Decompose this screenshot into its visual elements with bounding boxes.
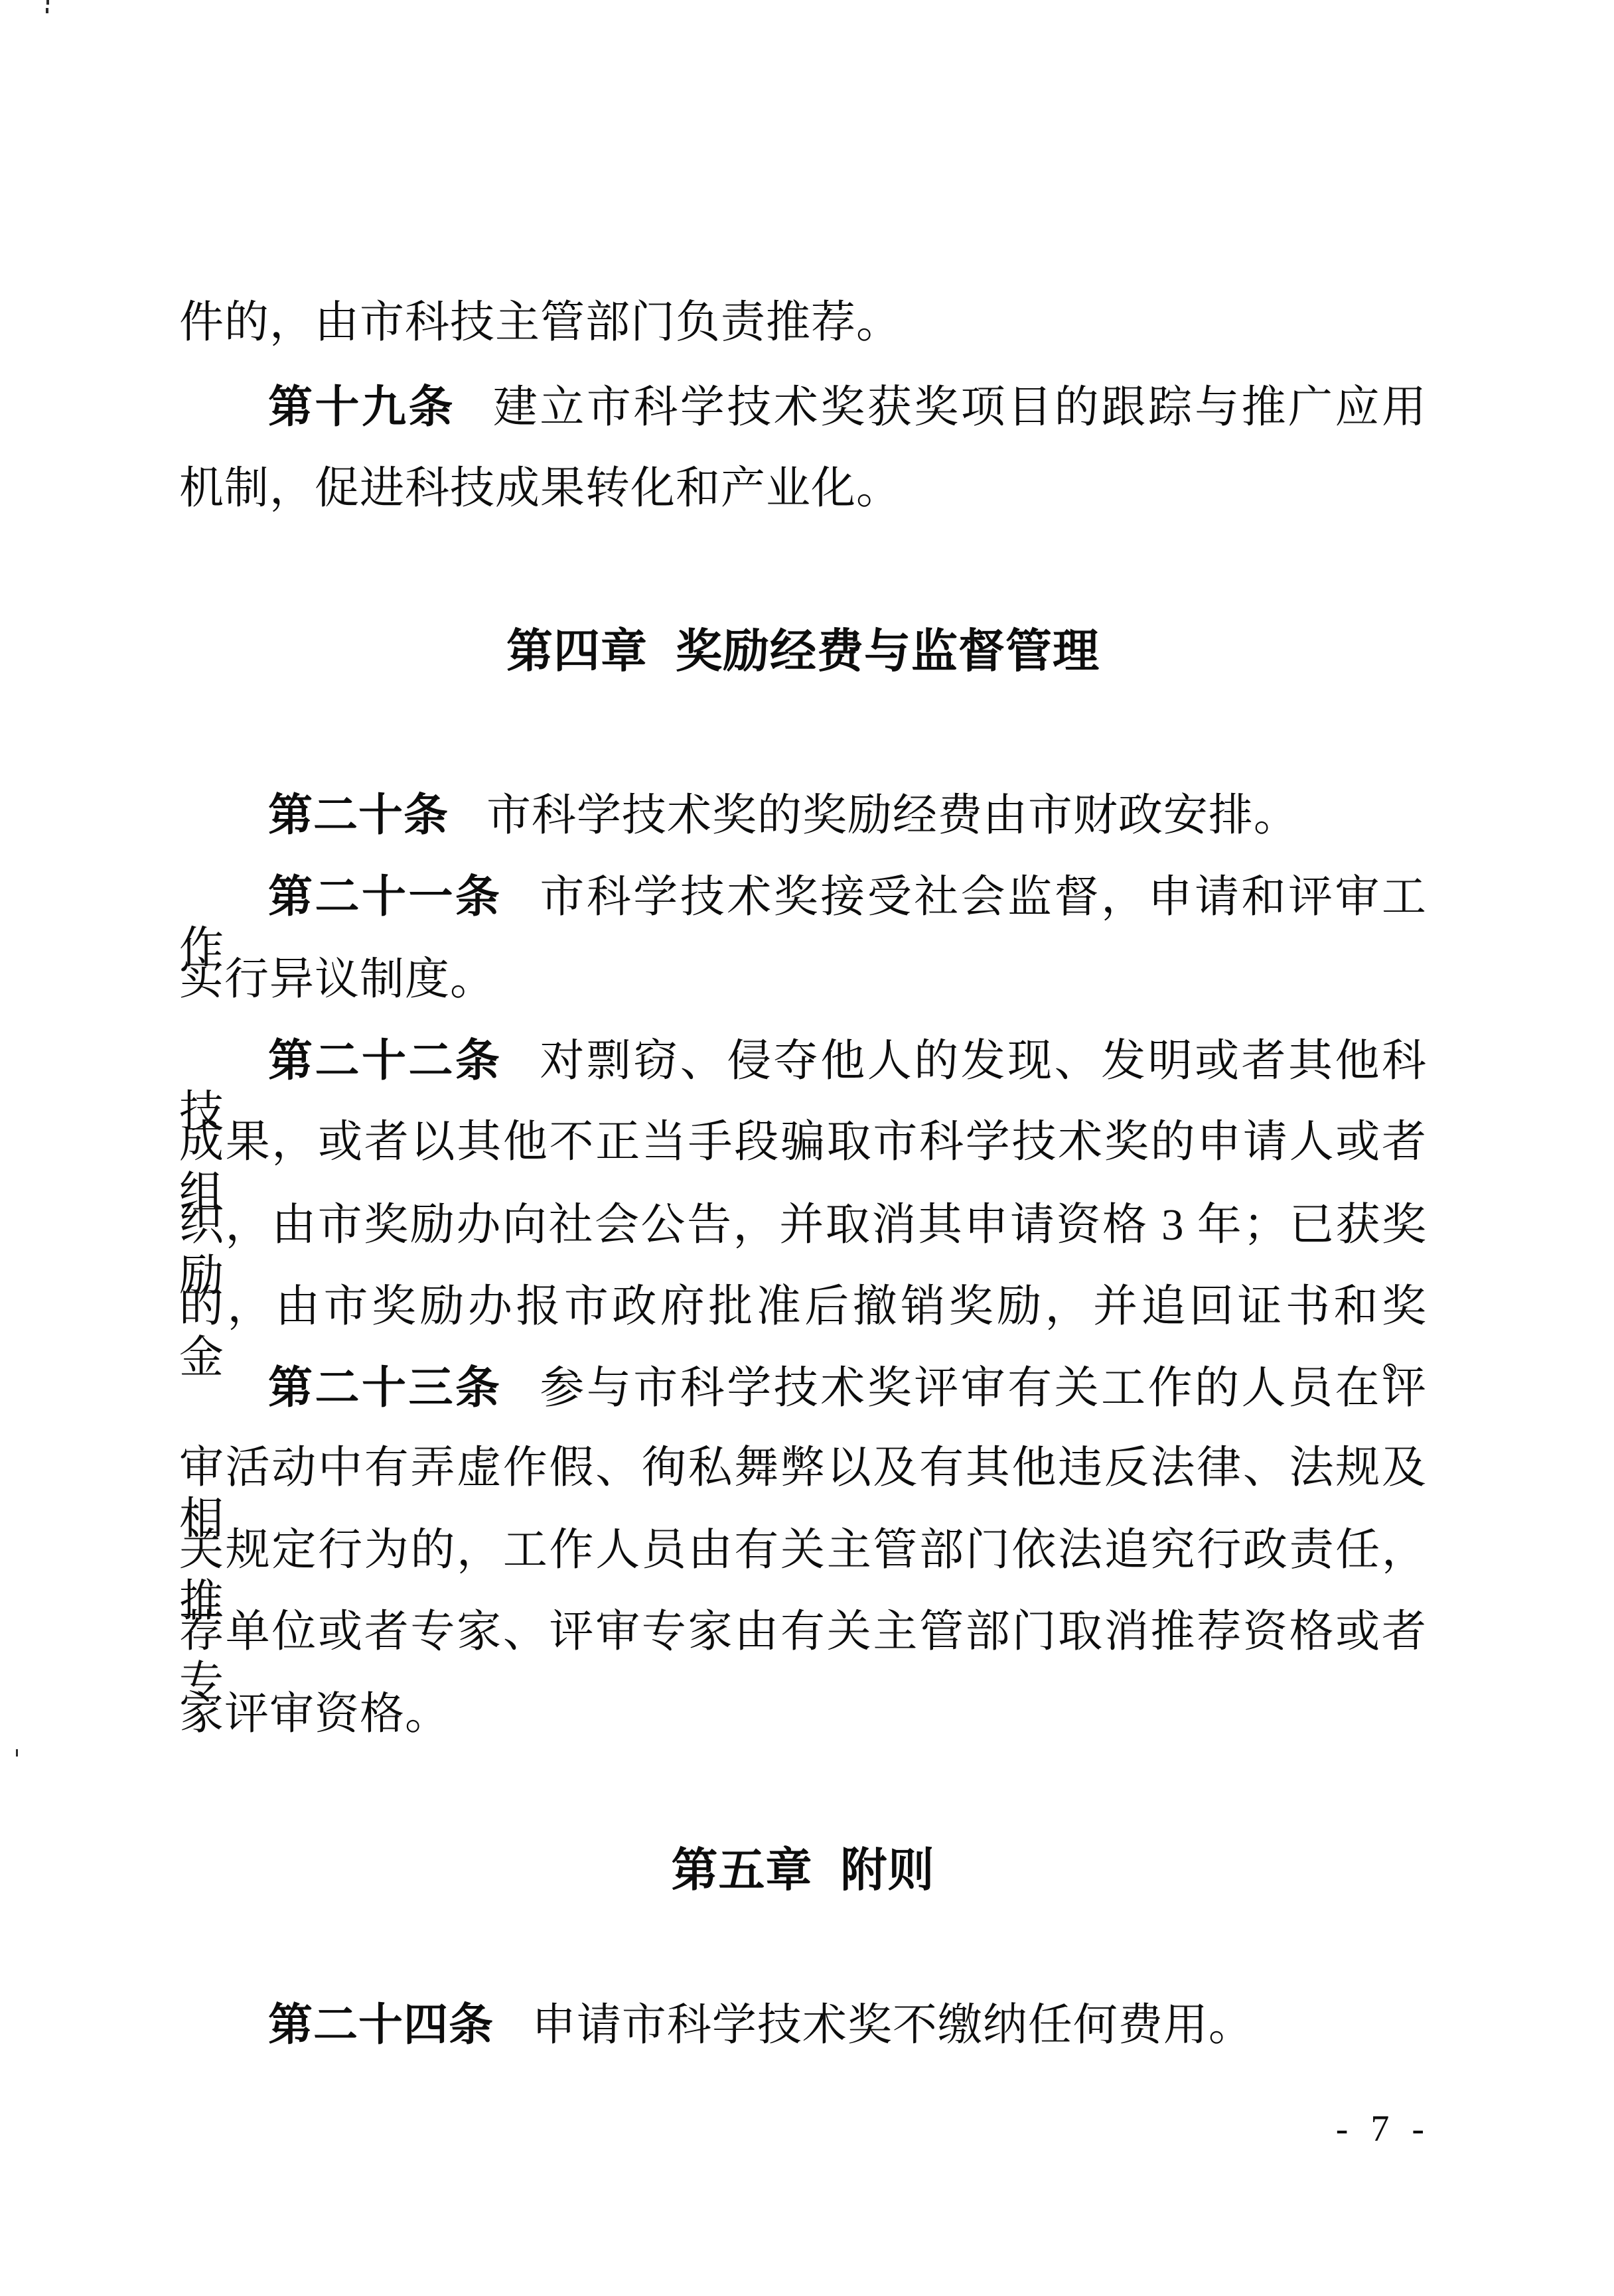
article-23-line-5: 家评审资格。 — [179, 1689, 1427, 1740]
line-text: 家评审资格。 — [179, 1689, 450, 1739]
line-text: 机制，促进科技成果转化和产业化。 — [179, 464, 901, 513]
line-text: 申请市科学技术奖不缴纳任何费用。 — [532, 2001, 1254, 2050]
chapter-5-label: 第五章 — [672, 1844, 813, 1896]
scan-artifact — [16, 1749, 18, 1757]
article-19-line-2: 机制，促进科技成果转化和产业化。 — [179, 463, 1427, 514]
article-19-line-1: 第十九条建立市科学技术奖获奖项目的跟踪与推广应用 — [179, 382, 1427, 433]
scan-artifact — [46, 8, 48, 13]
line-text: 实行异议制度。 — [179, 955, 495, 1004]
chapter-4-title: 奖励经费与监督管理 — [676, 625, 1100, 677]
article-19-label: 第十九条 — [268, 382, 455, 432]
line-text: 市科学技术奖的奖励经费由市财政安排。 — [486, 791, 1299, 840]
article-22-label: 第二十二条 — [268, 1036, 502, 1086]
article-24-label: 第二十四条 — [268, 2000, 494, 2050]
article-20-line: 第二十条市科学技术奖的奖励经费由市财政安排。 — [179, 790, 1427, 841]
page-number: - 7 - — [1336, 2108, 1431, 2150]
article-21-line-2: 实行异议制度。 — [179, 954, 1427, 1005]
continuation-line: 件的，由市科技主管部门负责推荐。 — [179, 297, 1427, 348]
scan-artifact — [46, 0, 49, 5]
article-23-label: 第二十三条 — [268, 1363, 502, 1413]
article-21-label: 第二十一条 — [268, 872, 502, 922]
chapter-5-heading: 第五章附则 — [179, 1843, 1427, 1897]
article-23-line-1: 第二十三条参与市科学技术奖评审有关工作的人员在评 — [179, 1362, 1427, 1414]
chapter-5-title: 附则 — [841, 1844, 935, 1896]
scanned-document-page: 件的，由市科技主管部门负责推荐。 第十九条建立市科学技术奖获奖项目的跟踪与推广应… — [0, 0, 1614, 2296]
chapter-4-heading: 第四章奖励经费与监督管理 — [179, 624, 1427, 678]
line-text: 参与市科学技术奖评审有关工作的人员在评 — [540, 1364, 1427, 1413]
article-24-line: 第二十四条申请市科学技术奖不缴纳任何费用。 — [179, 1999, 1427, 2051]
line-text: 建立市科学技术奖获奖项目的跟踪与推广应用 — [493, 383, 1427, 432]
line-text: 件的，由市科技主管部门负责推荐。 — [179, 298, 901, 347]
chapter-4-label: 第四章 — [506, 625, 648, 677]
article-20-label: 第二十条 — [268, 790, 449, 840]
